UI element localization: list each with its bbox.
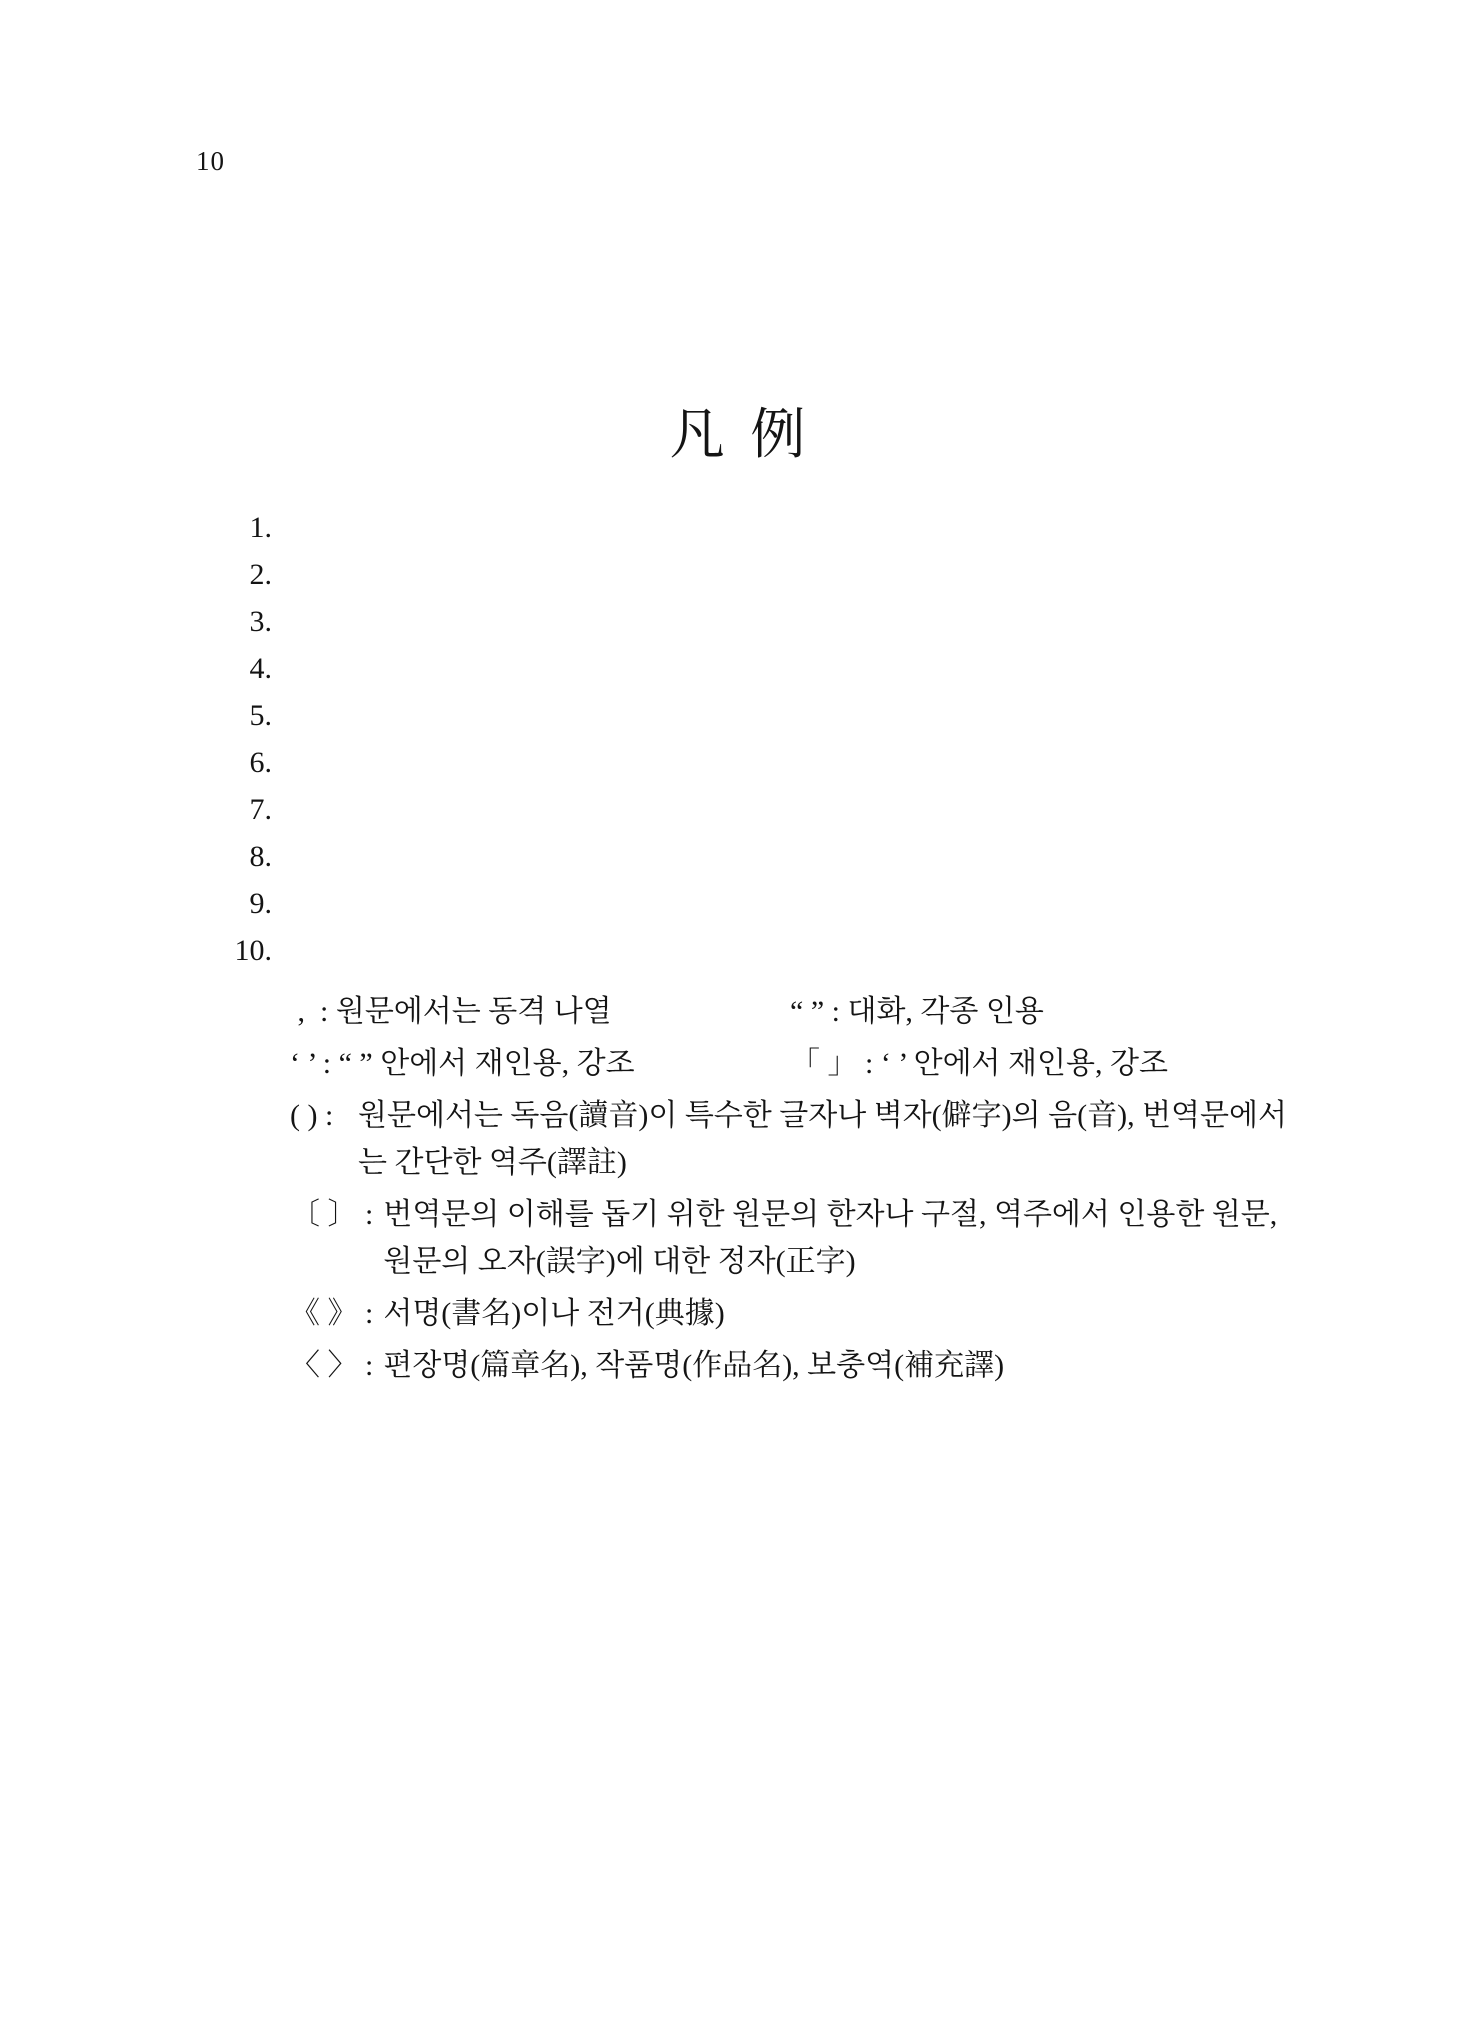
symbol-row: ( ) :원문에서는 독음(讀音)이 특수한 글자나 벽자(僻字)의 음(音),… <box>290 1092 1330 1186</box>
item-number: 6. <box>200 739 285 786</box>
symbol-lines: 원문에서는 독음(讀音)이 특수한 글자나 벽자(僻字)의 음(音), 번역문에… <box>358 1092 1330 1186</box>
document-page: 10 凡 例 1.2.3.4.5.6.7.8.9.10. , : 원문에서는 동… <box>0 0 1481 2024</box>
symbol-row: 〈 〉 :편장명(篇章名), 작품명(作品名), 보충역(補充譯) <box>290 1342 1330 1389</box>
list-item: 1. <box>200 504 1330 551</box>
symbol-right: “ ” : 대화, 각종 인용 <box>790 988 1330 1035</box>
item-number: 3. <box>200 598 285 645</box>
symbol-line: 서명(書名)이나 전거(典據) <box>383 1290 1330 1337</box>
list-item: 4. <box>200 645 1330 692</box>
symbol-line: 는 간단한 역주(譯註) <box>358 1139 1330 1186</box>
item-number: 2. <box>200 551 285 598</box>
symbol-line: 번역문의 이해를 돕기 위한 원문의 한자나 구절, 역주에서 인용한 원문, <box>383 1191 1330 1238</box>
item-number: 7. <box>200 786 285 833</box>
numbered-list: 1.2.3.4.5.6.7.8.9.10. , : 원문에서는 동격 나열“ ”… <box>200 504 1330 1394</box>
item-number: 9. <box>200 880 285 927</box>
page-title: 凡 例 <box>0 390 1481 469</box>
list-item: 9. <box>200 880 1330 927</box>
list-item: 2. <box>200 551 1330 598</box>
list-item: 7. <box>200 786 1330 833</box>
item-number: 8. <box>200 833 285 880</box>
item-number: 4. <box>200 645 285 692</box>
list-item: 3. <box>200 598 1330 645</box>
symbol-prefix: 〈 〉 : <box>290 1342 373 1389</box>
symbol-lines: 편장명(篇章名), 작품명(作品名), 보충역(補充譯) <box>383 1342 1330 1389</box>
symbol-lines: 서명(書名)이나 전거(典據) <box>383 1290 1330 1337</box>
list-item: 8. <box>200 833 1330 880</box>
symbol-prefix: 〔 〕 : <box>290 1191 373 1238</box>
page-number: 10 <box>196 146 225 177</box>
symbol-line: 원문에서는 독음(讀音)이 특수한 글자나 벽자(僻字)의 음(音), 번역문에… <box>358 1092 1330 1139</box>
symbol-prefix: ( ) : <box>290 1092 348 1139</box>
item-number: 10. <box>200 927 285 974</box>
symbol-row: 《 》 :서명(書名)이나 전거(典據) <box>290 1290 1330 1337</box>
symbol-line: 원문의 오자(誤字)에 대한 정자(正字) <box>383 1238 1330 1285</box>
symbol-row: , : 원문에서는 동격 나열“ ” : 대화, 각종 인용 <box>290 988 1330 1035</box>
item-number: 5. <box>200 692 285 739</box>
list-item: 6. <box>200 739 1330 786</box>
list-item: 5. <box>200 692 1330 739</box>
symbol-left: , : 원문에서는 동격 나열 <box>290 988 790 1035</box>
symbol-lines: 번역문의 이해를 돕기 위한 원문의 한자나 구절, 역주에서 인용한 원문,원… <box>383 1191 1330 1285</box>
list-item: 10. <box>200 927 1330 974</box>
symbol-left: ‘ ’ : “ ” 안에서 재인용, 강조 <box>290 1040 790 1087</box>
symbol-right: 「 」 : ‘ ’ 안에서 재인용, 강조 <box>790 1040 1330 1087</box>
symbol-row: 〔 〕 :번역문의 이해를 돕기 위한 원문의 한자나 구절, 역주에서 인용한… <box>290 1191 1330 1285</box>
symbol-row: ‘ ’ : “ ” 안에서 재인용, 강조「 」 : ‘ ’ 안에서 재인용, … <box>290 1040 1330 1087</box>
item-number: 1. <box>200 504 285 551</box>
symbol-legend: , : 원문에서는 동격 나열“ ” : 대화, 각종 인용‘ ’ : “ ” … <box>290 988 1330 1389</box>
symbol-prefix: 《 》 : <box>290 1290 373 1337</box>
symbol-line: 편장명(篇章名), 작품명(作品名), 보충역(補充譯) <box>383 1342 1330 1389</box>
